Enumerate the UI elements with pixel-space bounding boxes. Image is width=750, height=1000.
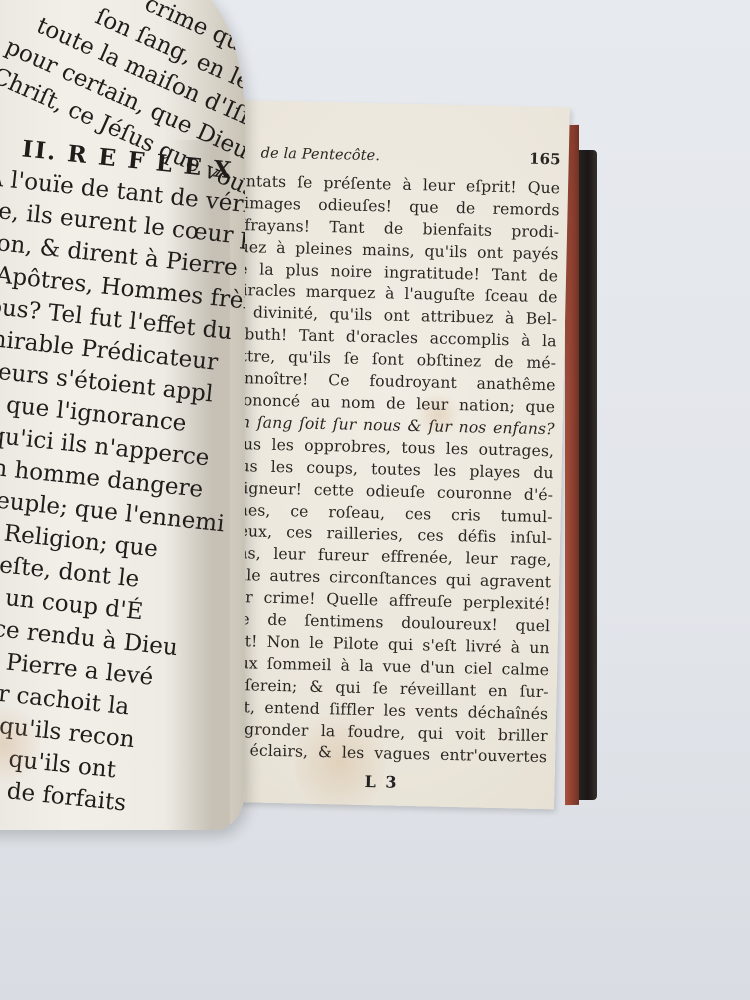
page-number: 165 — [529, 149, 561, 172]
running-head: de la Pentecôte. 165 — [231, 142, 561, 172]
book-photo: de la Pentecôte. 165 tentats ſe préſente… — [0, 0, 750, 1000]
left-page-curled: on pour le ſ crime qu'ils ont ſon ſang, … — [0, 0, 245, 830]
page-curl-shadow — [170, 140, 230, 830]
running-head-title: de la Pentecôte. — [260, 144, 380, 169]
signature-mark: L 3 — [216, 768, 546, 797]
page-text: de la Pentecôte. 165 tentats ſe préſente… — [216, 142, 561, 798]
